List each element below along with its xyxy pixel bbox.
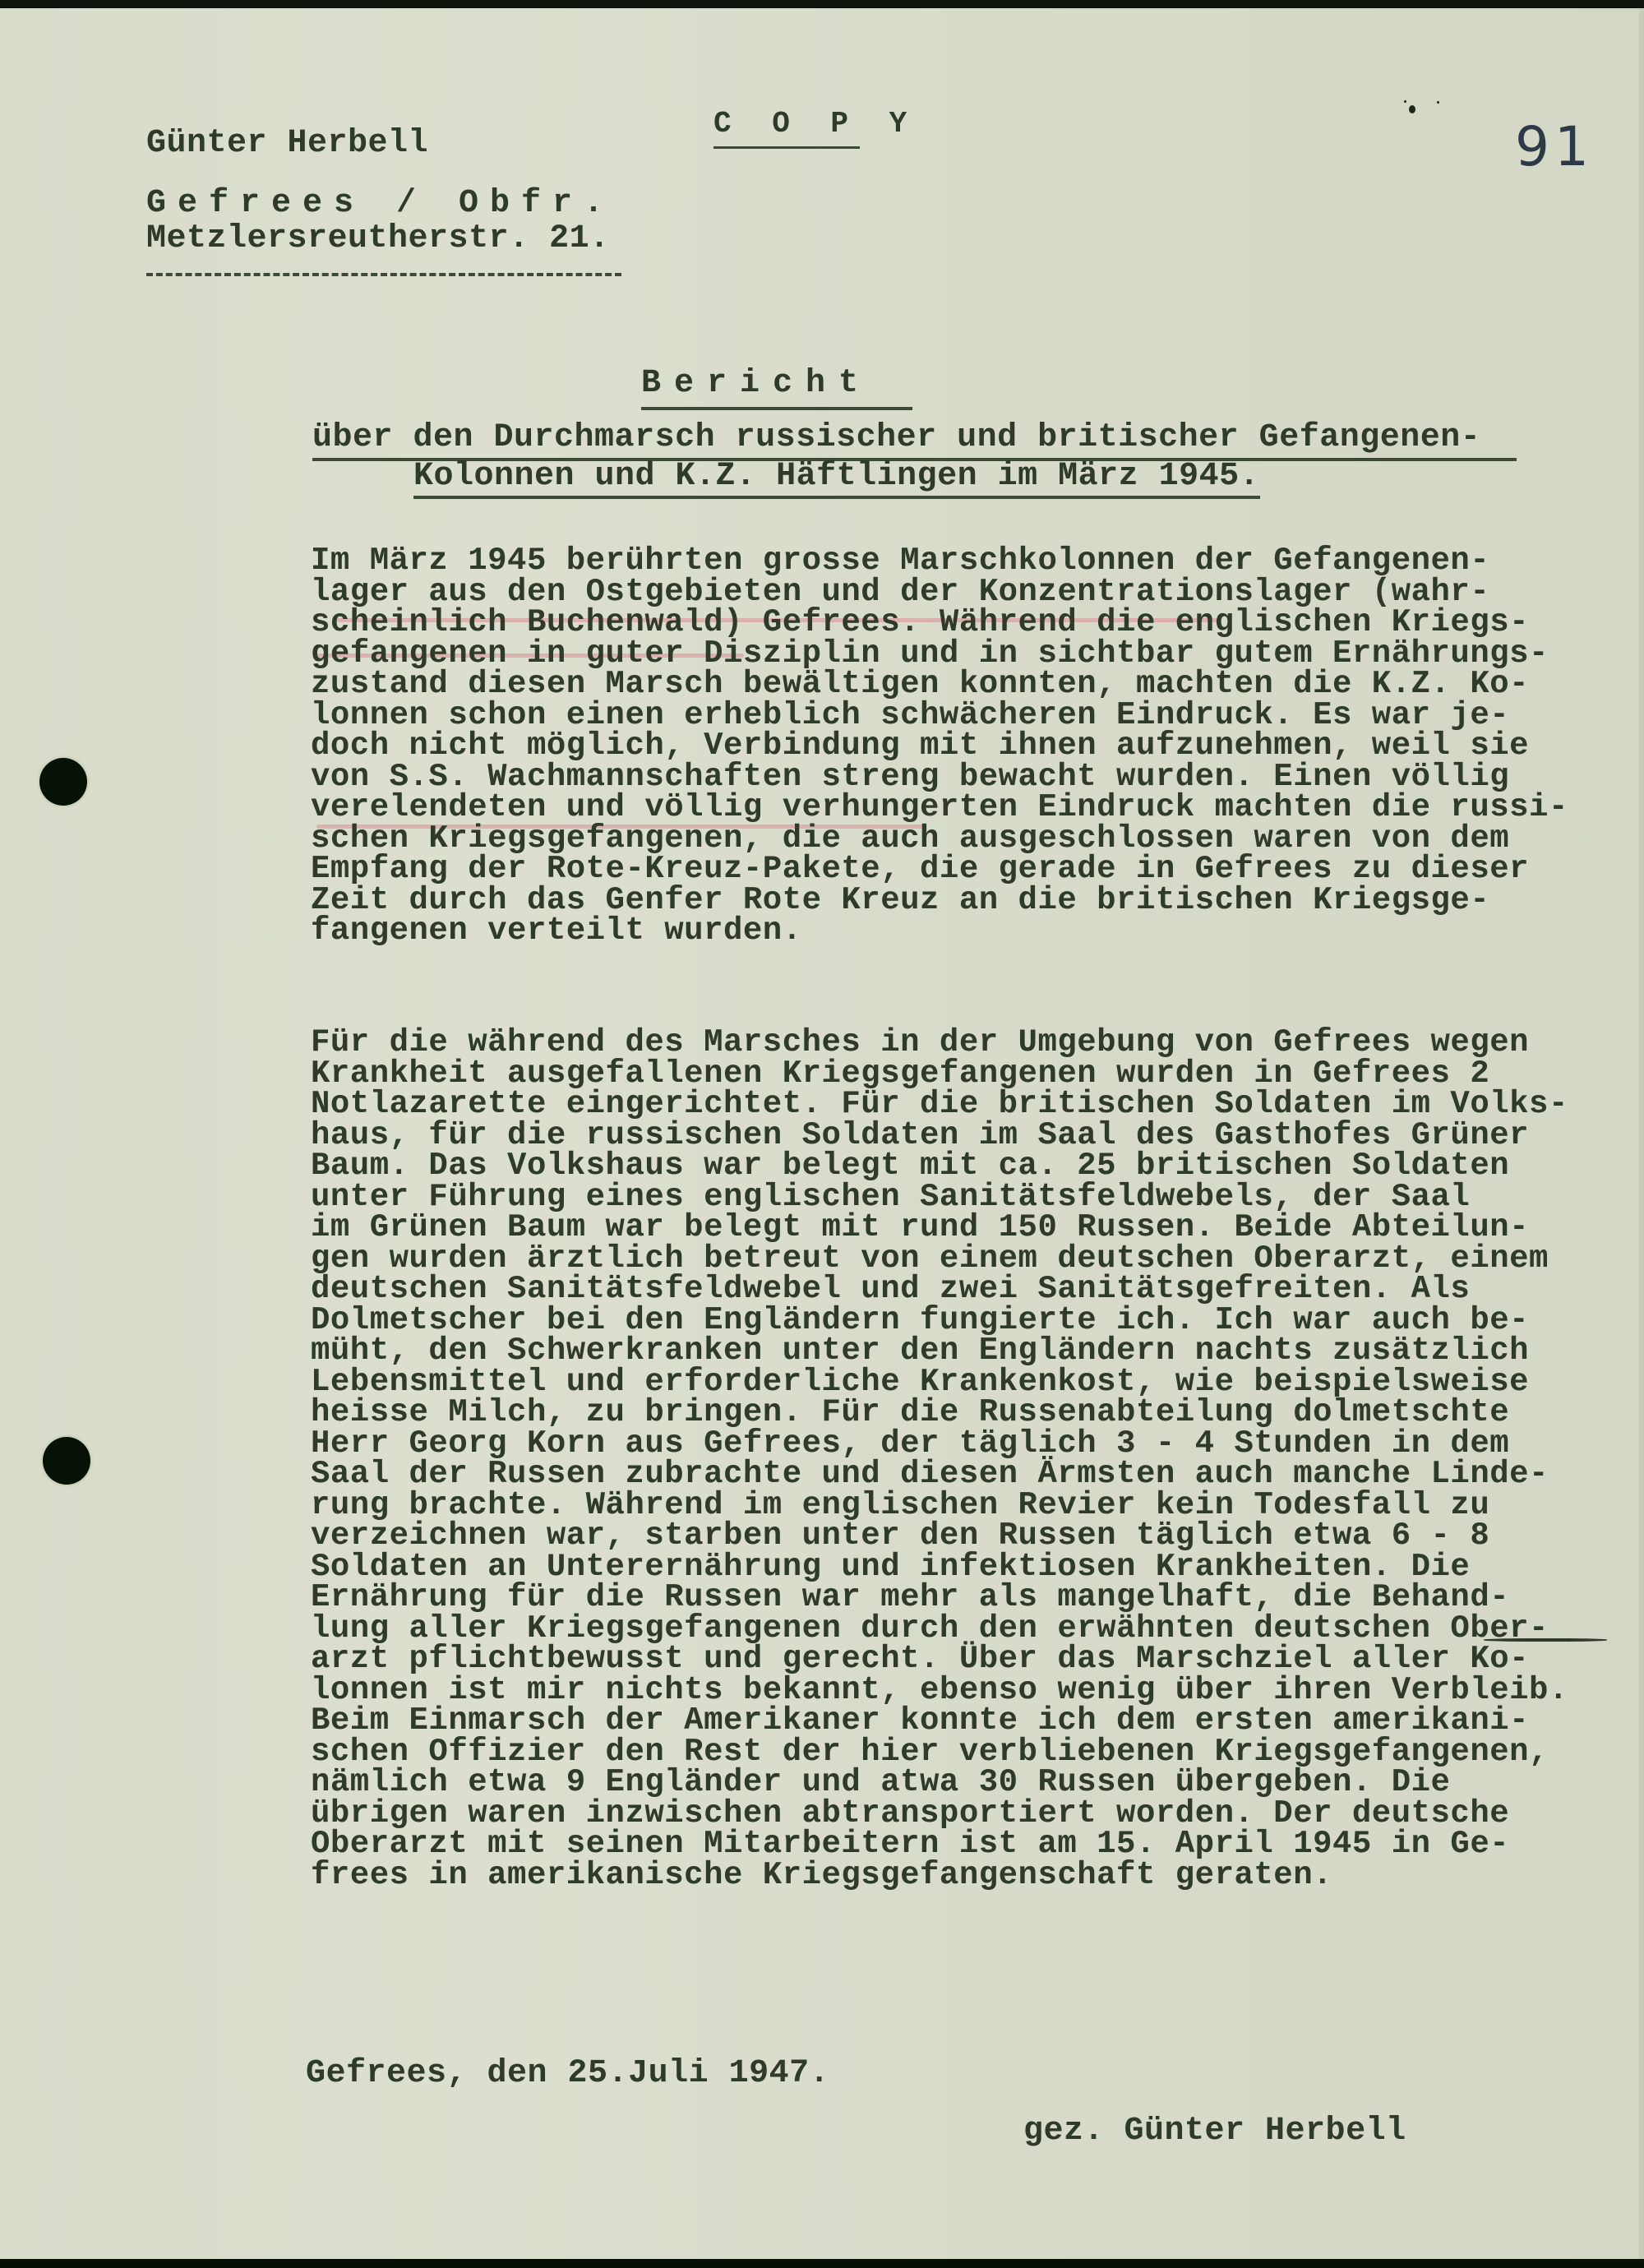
copy-mark-underline bbox=[713, 146, 860, 149]
text-line: lager aus den Ostgebieten und der Konzen… bbox=[311, 577, 1568, 608]
date-line: Gefrees, den 25.Juli 1947. bbox=[306, 2055, 829, 2092]
sender-city: Gefrees / Obfr. bbox=[146, 185, 615, 222]
text-line: Zeit durch das Genfer Rote Kreuz an die … bbox=[311, 885, 1568, 917]
report-subtitle-line-1: über den Durchmarsch russischer und brit… bbox=[312, 419, 1480, 456]
text-line: Empfang der Rote-Kreuz-Pakete, die gerad… bbox=[311, 854, 1568, 885]
text-line: von S.S. Wachmannschaften streng bewacht… bbox=[311, 762, 1568, 793]
sender-divider bbox=[146, 273, 621, 276]
text-line: gefangenen in guter Disziplin und in sic… bbox=[311, 639, 1568, 670]
ink-speck bbox=[1409, 105, 1415, 113]
punch-hole-icon bbox=[39, 758, 87, 806]
text-line: arzt pflichtbewusst und gerecht. Über da… bbox=[311, 1644, 1568, 1675]
scan-border-top bbox=[0, 0, 1644, 8]
page-right-edge bbox=[1639, 8, 1644, 2259]
punch-hole-icon bbox=[43, 1437, 90, 1485]
text-line: müht, den Schwerkranken unter den Englän… bbox=[311, 1336, 1568, 1367]
text-line: rung brachte. Während im englischen Revi… bbox=[311, 1490, 1568, 1522]
text-line: Beim Einmarsch der Amerikaner konnte ich… bbox=[311, 1706, 1568, 1737]
ink-speck bbox=[1437, 101, 1439, 104]
text-line: heisse Milch, zu bringen. Für die Russen… bbox=[311, 1397, 1568, 1429]
text-line: nämlich etwa 9 Engländer und atwa 30 Rus… bbox=[311, 1767, 1568, 1799]
text-line: schen Offizier den Rest der hier verblie… bbox=[311, 1737, 1568, 1768]
text-line: zustand diesen Marsch bewältigen konnten… bbox=[311, 669, 1568, 700]
copy-mark: C O P Y bbox=[713, 107, 918, 141]
text-line: verelendeten und völlig verhungerten Ein… bbox=[311, 792, 1568, 824]
text-line: Dolmetscher bei den Engländern fungierte… bbox=[311, 1305, 1568, 1337]
text-line: unter Führung eines englischen Sanitätsf… bbox=[311, 1182, 1568, 1213]
text-line: deutschen Sanitätsfeldwebel und zwei San… bbox=[311, 1274, 1568, 1305]
text-line: schen Kriegsgefangenen, die auch ausgesc… bbox=[311, 824, 1568, 855]
text-line: scheinlich Buchenwald) Gefrees. Während … bbox=[311, 607, 1568, 639]
text-line: Notlazarette eingerichtet. Für die briti… bbox=[311, 1089, 1568, 1120]
text-line: doch nicht möglich, Verbindung mit ihnen… bbox=[311, 731, 1568, 762]
sender-name: Günter Herbell bbox=[146, 125, 428, 162]
text-line: haus, für die russischen Soldaten im Saa… bbox=[311, 1120, 1568, 1152]
sender-street: Metzlersreutherstr. 21. bbox=[146, 220, 610, 257]
text-line: Ernährung für die Russen war mehr als ma… bbox=[311, 1582, 1568, 1614]
title-underline bbox=[641, 407, 912, 410]
report-title: Bericht bbox=[641, 365, 871, 402]
text-line: lonnen ist mir nichts bekannt, ebenso we… bbox=[311, 1675, 1568, 1707]
text-line: lung aller Kriegsgefangenen durch den er… bbox=[311, 1614, 1568, 1645]
text-line: Baum. Das Volkshaus war belegt mit ca. 2… bbox=[311, 1151, 1568, 1182]
text-line: Herr Georg Korn aus Gefrees, der täglich… bbox=[311, 1429, 1568, 1460]
signature: gez. Günter Herbell bbox=[1023, 2113, 1406, 2150]
text-line: Krankheit ausgefallenen Kriegsgefangenen… bbox=[311, 1059, 1568, 1090]
subtitle-underline-2 bbox=[413, 496, 1260, 499]
text-line: Oberarzt mit seinen Mitarbeitern ist am … bbox=[311, 1829, 1568, 1860]
text-line: Soldaten an Unterernährung und infektios… bbox=[311, 1552, 1568, 1583]
paragraph-2: Für die während des Marsches in der Umge… bbox=[311, 1028, 1568, 1891]
text-line: gen wurden ärztlich betreut von einem de… bbox=[311, 1244, 1568, 1275]
text-line: Im März 1945 berührten grosse Marschkolo… bbox=[311, 546, 1568, 577]
paragraph-1: Im März 1945 berührten grosse Marschkolo… bbox=[311, 546, 1568, 947]
text-line: frees in amerikanische Kriegsgefangensch… bbox=[311, 1860, 1568, 1892]
text-line: übrigen waren inzwischen abtransportiert… bbox=[311, 1799, 1568, 1830]
text-line: Für die während des Marsches in der Umge… bbox=[311, 1028, 1568, 1059]
text-line: lonnen schon einen erheblich schwächeren… bbox=[311, 700, 1568, 732]
handwritten-underline bbox=[1484, 1638, 1607, 1642]
text-line: im Grünen Baum war belegt mit rund 150 R… bbox=[311, 1213, 1568, 1244]
text-line: Saal der Russen zubrachte und diesen Ärm… bbox=[311, 1459, 1568, 1490]
page-number: 91 bbox=[1515, 115, 1594, 178]
scan-border-bottom bbox=[0, 2259, 1644, 2268]
text-line: fangenen verteilt wurden. bbox=[311, 916, 1568, 947]
text-line: verzeichnen war, starben unter den Russe… bbox=[311, 1521, 1568, 1552]
ink-speck bbox=[1404, 100, 1406, 103]
text-line: Lebensmittel und erforderliche Krankenko… bbox=[311, 1367, 1568, 1398]
report-subtitle-line-2: Kolonnen und K.Z. Häftlingen im März 194… bbox=[413, 458, 1259, 495]
